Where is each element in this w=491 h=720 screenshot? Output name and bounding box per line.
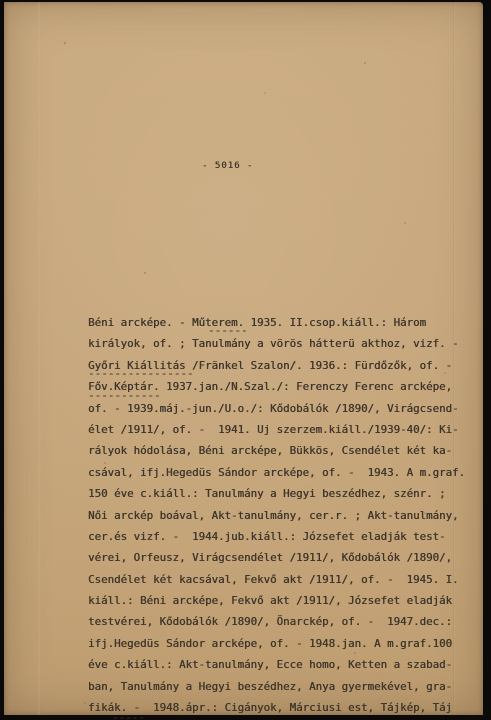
scanned-page: - 5016 - Béni arcképe. - Műterem. 1935. …	[0, 0, 491, 720]
text-line: élet /1911/, of. - 1941. Uj szerzem.kiál…	[88, 419, 468, 440]
dashed-underline-gyori-kiallitas: ----------------	[88, 369, 194, 379]
text-line: vérei, Orfeusz, Virágcsendélet /1911/, K…	[88, 547, 468, 568]
text-line: éve c.kiáll.: Akt-tanulmány, Ecce homo, …	[88, 654, 468, 675]
text-line: Béni arcképe. - Műterem. 1935. II.csop.k…	[88, 312, 468, 333]
text-line: Csendélet két kacsával, Fekvő akt /1911/…	[88, 569, 468, 590]
text-line: 150 éve c.kiáll.: Tanulmány a Hegyi besz…	[88, 483, 468, 504]
paper-speckles	[64, 42, 66, 44]
paper-crease-left	[38, 2, 40, 715]
dashed-underline-fov-keptar: -----------	[88, 391, 161, 401]
text-line: testvérei, Kődobálók /1890/, Önarckép, o…	[88, 611, 468, 632]
text-line: ban, Tanulmány a Hegyi beszédhez, Anya g…	[88, 676, 468, 697]
dashed-underline-muterem: ------	[208, 326, 248, 336]
text-line: rályok hódolása, Béni arcképe, Bükkös, C…	[88, 440, 468, 461]
text-line: kiáll.: Béni arcképe, Fekvő akt /1911/, …	[88, 590, 468, 611]
text-line: királyok, of. ; Tanulmány a vörös hátter…	[88, 333, 468, 354]
text-line: cer.és vizf. - 1944.jub.kiáll.: Józsefet…	[88, 526, 468, 547]
text-line: ifj.Hegedüs Sándor arcképe, of. - 1948.j…	[88, 633, 468, 654]
text-line: csával, ifj.Hegedüs Sándor arcképe, of. …	[88, 462, 468, 483]
dashed-underline-bottom-partial: -----	[112, 713, 145, 720]
text-line: Női arckép boával, Akt-tanulmány, cer.r.…	[88, 505, 468, 526]
page-number: - 5016 -	[202, 161, 253, 171]
